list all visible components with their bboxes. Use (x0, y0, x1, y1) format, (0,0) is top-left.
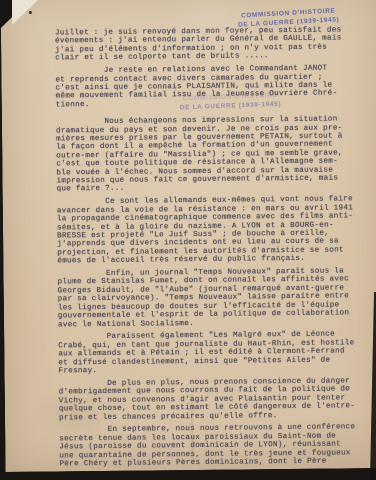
text-line: émues de l'accueil très réservé du publi… (57, 254, 376, 266)
paragraph: De plus en plus, nous prenons conscience… (59, 377, 376, 422)
text-line: que faire ?... (57, 182, 376, 194)
paragraph: Ce sont les allemands eux-mêmes qui vont… (57, 195, 376, 266)
paragraph: Je reste en relations avec le Commandant… (55, 64, 375, 109)
paragraph: Paraissent également "Les Malgré eux" de… (58, 330, 376, 375)
scanned-document-frame: COMMISSION D'HISTOIRE DE LA GUERRE (1939… (0, 0, 376, 480)
typewritten-text: Juillet : je suis renvoyé dans mon foyer… (55, 26, 376, 473)
paragraph: Nous échangeons nos impressions sur la s… (56, 115, 376, 194)
text-line: Père Chéry et plusieurs Pères dominicain… (59, 457, 376, 469)
paragraph: En septembre, nous nous retrouvons à une… (59, 424, 376, 469)
document-page: COMMISSION D'HISTOIRE DE LA GUERRE (1939… (0, 0, 376, 472)
text-line: clair et il se colporte tant de bruits .… (55, 51, 375, 63)
paragraph: Enfin, un journal "Temps Nouveaux" paraî… (57, 267, 376, 329)
paragraph: Juillet : je suis renvoyé dans mon foyer… (55, 26, 375, 63)
